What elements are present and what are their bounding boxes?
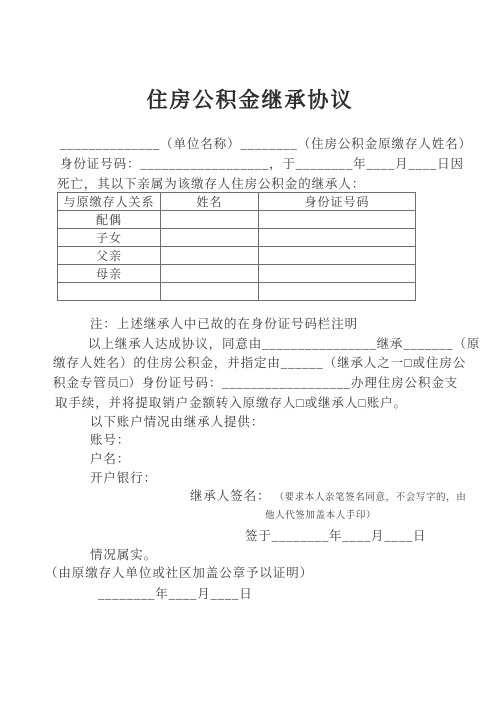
intro-line-3: 死亡，其以下亲属为该缴存人住房公积金的继承人： [57, 177, 365, 192]
cell-id-number [259, 265, 416, 283]
document-page: 住房公积金继承协议 ______________（单位名称）________（住… [0, 0, 500, 708]
seal-note: （由原缴存人单位或社区加盖公章予以证明） [45, 566, 313, 581]
heir-signature-label: 继承人签名： [190, 489, 270, 503]
cell-id-number [259, 283, 416, 301]
cell-relation [58, 283, 161, 301]
agreement-line-1: 以上继承人达成协议，同意由________________继承_______（原 [88, 337, 480, 352]
intro-line-2: 身份证号码：__________________，于________年____月… [60, 157, 464, 172]
cell-relation: 子女 [58, 229, 161, 247]
bank-label: 开户银行： [90, 471, 157, 486]
header-name: 姓名 [161, 193, 259, 211]
confirmation-date-line: ________年____月____日 [98, 587, 253, 602]
cell-relation: 母亲 [58, 265, 161, 283]
note-line: 注：上述继承人中已故的在身份证号码栏注明 [90, 317, 358, 332]
table-row [58, 283, 416, 301]
cell-relation: 父亲 [58, 247, 161, 265]
cell-name [161, 283, 259, 301]
table-header-row: 与原缴存人关系 姓名 身份证号码 [58, 193, 416, 211]
account-name-label: 户名： [90, 452, 130, 467]
cell-name [161, 265, 259, 283]
heir-signature-line: 继承人签名： （要求本人亲笔签名同意，不会写字的，由 [190, 489, 466, 504]
table-row: 子女 [58, 229, 416, 247]
signature-note-line1: （要求本人亲笔签名同意，不会写字的，由 [274, 493, 466, 503]
cell-name [161, 247, 259, 265]
table-row: 父亲 [58, 247, 416, 265]
cell-relation: 配偶 [58, 211, 161, 229]
account-number-label: 账号： [90, 433, 130, 448]
table-row: 配偶 [58, 211, 416, 229]
agreement-line-3: 积金专管员□）身份证号码：__________________办理住房公积金支 [53, 376, 458, 391]
cell-id-number [259, 247, 416, 265]
header-id-number: 身份证号码 [259, 193, 416, 211]
cell-name [161, 229, 259, 247]
truth-statement: 情况属实。 [90, 548, 157, 563]
agreement-line-4: 取手续，并将提取销户金额转入原缴存人□或继承人□账户。 [55, 396, 407, 411]
agreement-line-2: 缴存人姓名）的住房公积金，并指定由______（继承人之一□或住房公 [53, 356, 466, 371]
header-relation: 与原缴存人关系 [58, 193, 161, 211]
cell-id-number [259, 211, 416, 229]
intro-line-1: ______________（单位名称）________（住房公积金原缴存人姓名… [60, 137, 472, 152]
cell-name [161, 211, 259, 229]
page-title: 住房公积金继承协议 [0, 84, 500, 114]
heirs-table: 与原缴存人关系 姓名 身份证号码 配偶 子女 父亲 母亲 [57, 192, 416, 301]
cell-id-number [259, 229, 416, 247]
signature-note-line2: 他人代签加盖本人手印） [265, 511, 376, 522]
table-row: 母亲 [58, 265, 416, 283]
account-intro: 以下账户情况由继承人提供： [90, 415, 264, 430]
signature-date-line: 签于________年____月____日 [245, 529, 426, 544]
